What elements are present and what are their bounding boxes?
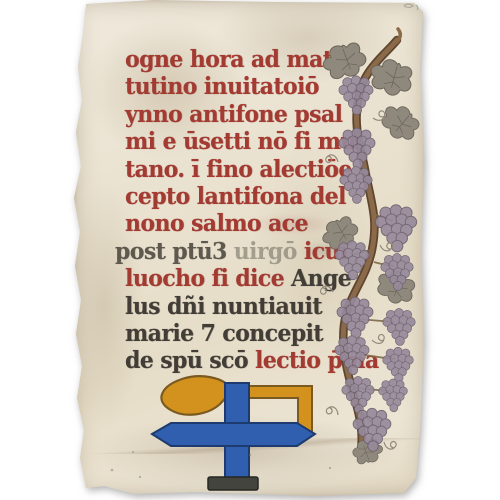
parchment-page: ogne hora ad mat tutino inuitatoiō ynno … xyxy=(74,0,426,497)
text-line-8: post ptū3 uirgō icui xyxy=(115,238,370,266)
text-line-6: cepto lantifona del xyxy=(125,183,370,211)
text-line-1: ogne hora ad mat xyxy=(125,46,370,74)
text-line-10: lus dñi nuntiauit xyxy=(125,293,370,321)
text-block: ogne hora ad mat tutino inuitatoiō ynno … xyxy=(125,46,370,375)
text-segment: lus dñi nuntiauit xyxy=(125,293,322,320)
text-line-12: de spū scō lectio p̄ma xyxy=(125,347,370,375)
text-line-4: mi e ūsetti nō fi mu xyxy=(125,128,370,156)
text-segment: uirgō xyxy=(234,238,304,265)
text-segment: lectio p̄ma xyxy=(255,347,379,374)
text-line-2: tutino inuitatoiō xyxy=(125,73,370,101)
text-line-7: nono salmo ace xyxy=(125,210,370,238)
text-line-3: ynno antifone psal xyxy=(125,101,370,129)
text-segment: post ptū3 xyxy=(115,238,234,265)
text-segment: de spū scō xyxy=(125,347,255,374)
text-segment: tano. ī fino alectiōe xyxy=(125,156,352,183)
text-segment: ogne hora ad mat xyxy=(125,46,332,73)
text-segment: luocho fi dice xyxy=(125,265,291,292)
parchment-crease xyxy=(74,438,426,454)
text-segment: Ange xyxy=(291,265,351,292)
text-line-9: luocho fi dice Ange xyxy=(125,265,370,293)
text-segment: mi e ūsetti nō fi mu xyxy=(125,128,356,155)
text-line-5: tano. ī fino alectiōe xyxy=(125,156,370,184)
text-segment: icui xyxy=(304,238,348,265)
text-line-11: marie 7 concepit xyxy=(125,320,370,348)
scan-background: { "page": { "description": "Illuminated … xyxy=(0,0,500,500)
manuscript-leaf: ogne hora ad mat tutino inuitatoiō ynno … xyxy=(74,0,426,497)
text-segment: ynno antifone psal xyxy=(125,101,342,128)
text-segment: nono salmo ace xyxy=(125,210,308,237)
text-segment: cepto lantifona del xyxy=(125,183,346,210)
text-segment: marie 7 concepit xyxy=(125,320,323,347)
text-segment: tutino inuitatoiō xyxy=(125,73,319,100)
